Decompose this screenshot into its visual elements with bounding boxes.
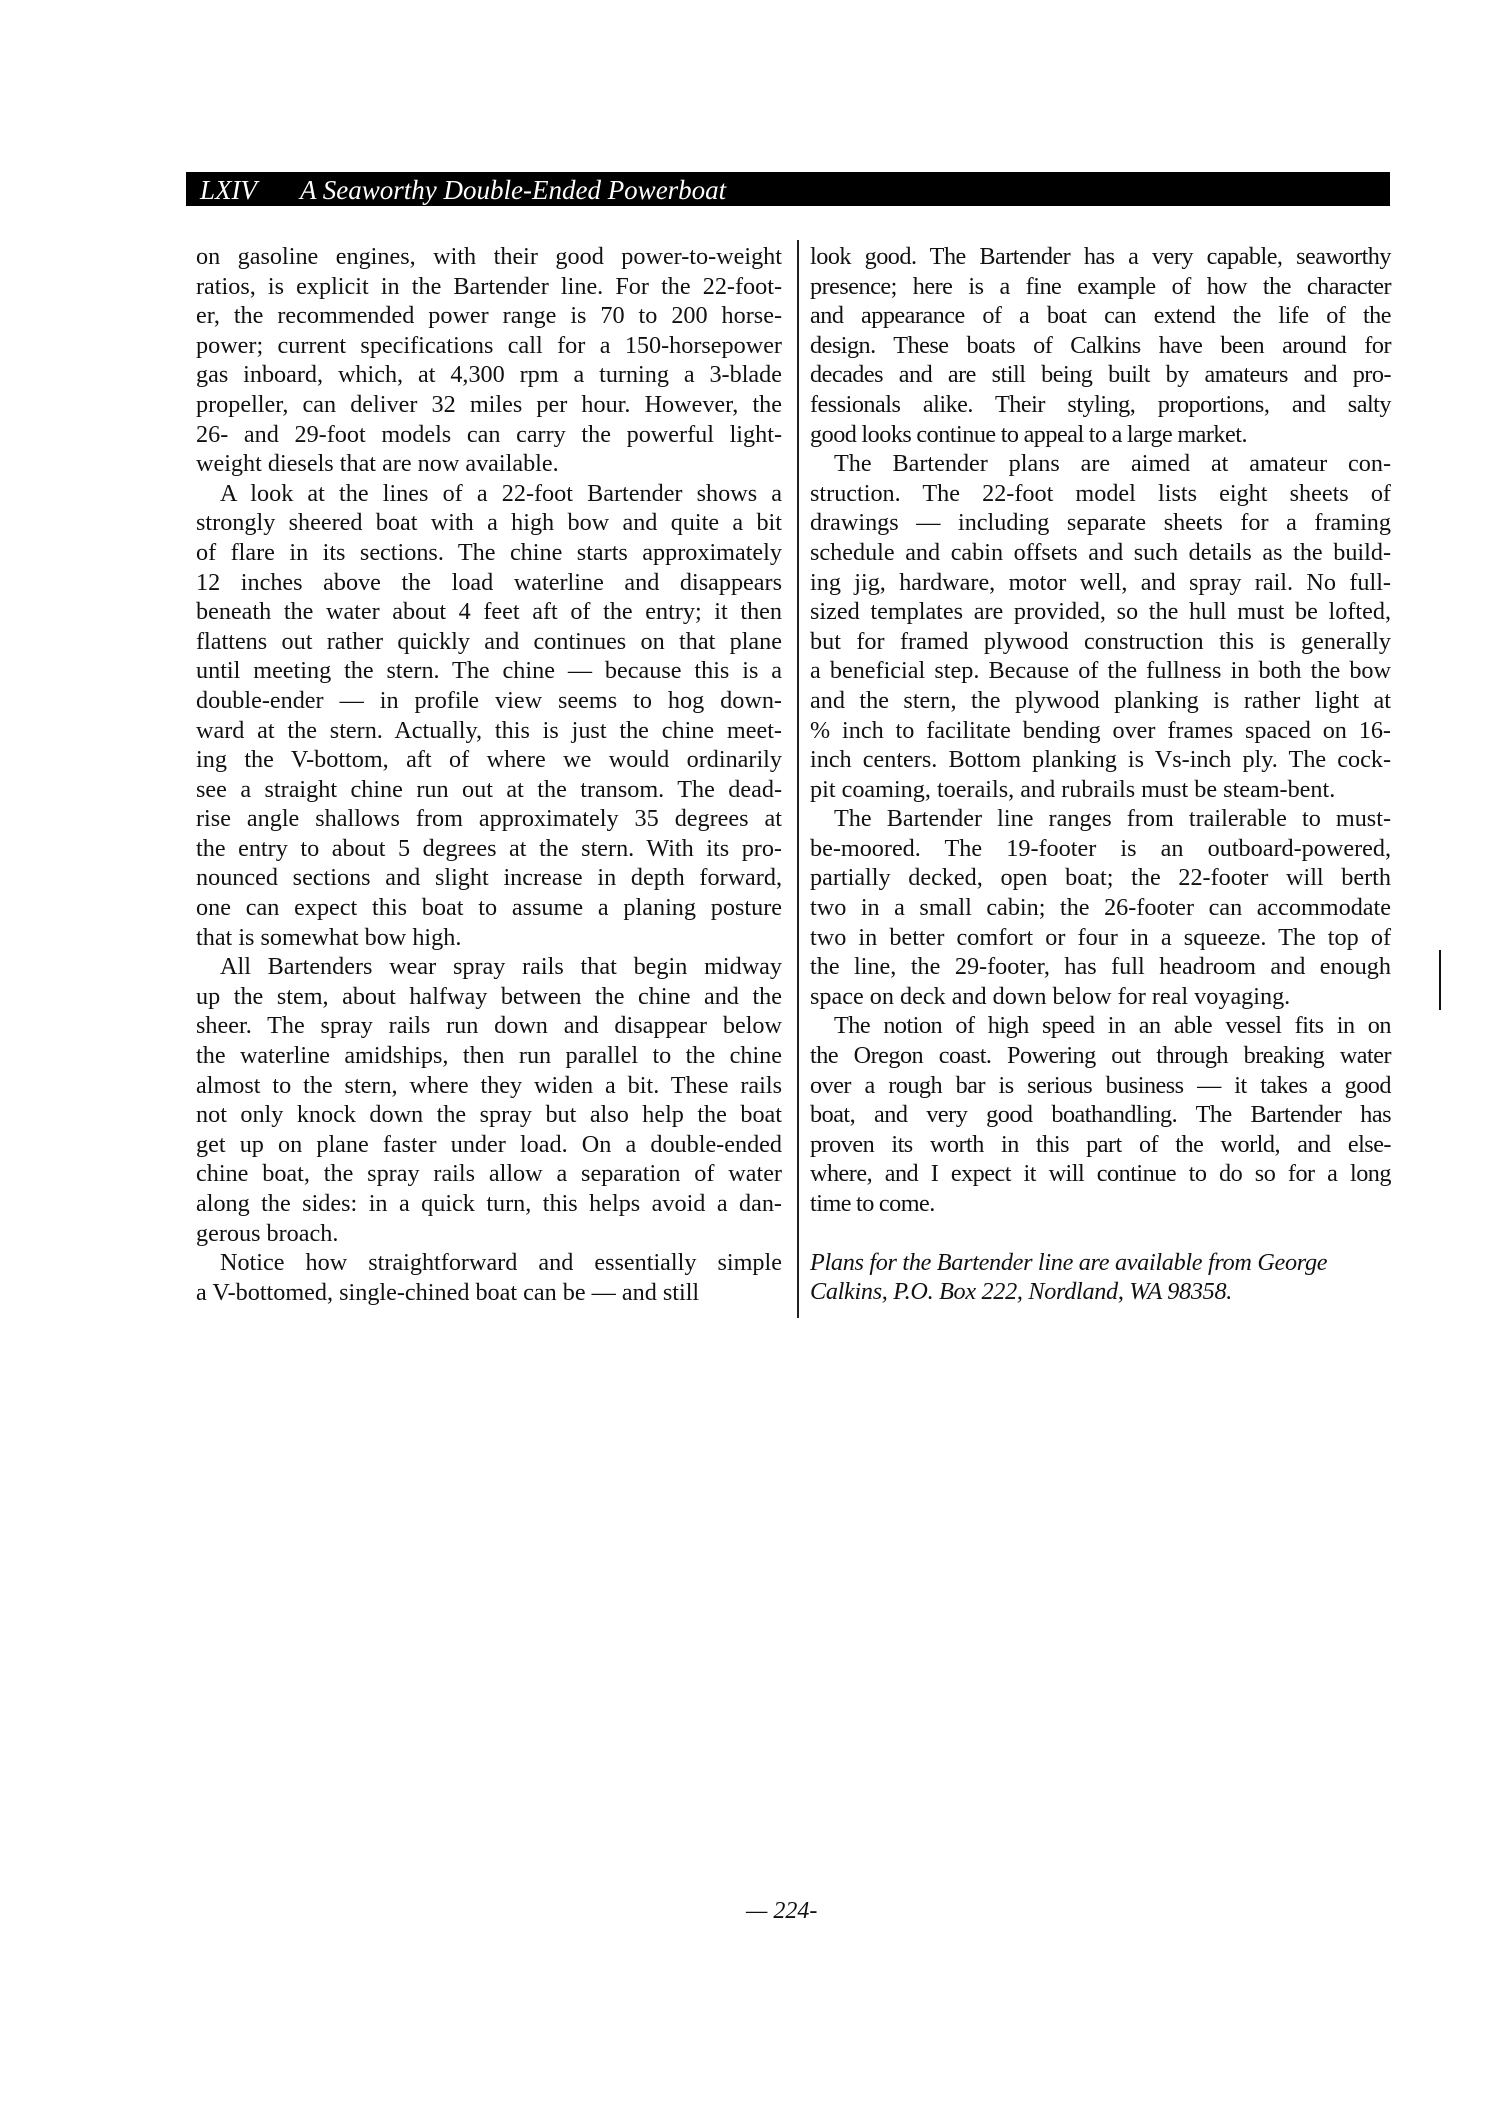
text-line: gas inboard, which, at 4,300 rpm a turni… [196, 360, 782, 390]
text-line: double-ender — in profile view seems to … [196, 686, 782, 716]
text-line: design. These boats of Calkins have been… [810, 331, 1391, 361]
text-line: two in a small cabin; the 26-footer can … [810, 893, 1391, 923]
text-line: beneath the water about 4 feet aft of th… [196, 597, 782, 627]
text-line: over a rough bar is serious business — i… [810, 1071, 1391, 1101]
text-line: ing jig, hardware, motor well, and spray… [810, 568, 1391, 598]
text-line: boat, and very good boathandling. The Ba… [810, 1100, 1391, 1130]
text-line: chine boat, the spray rails allow a sepa… [196, 1159, 782, 1189]
text-line: ratios, is explicit in the Bartender lin… [196, 272, 782, 302]
margin-change-bar [1439, 950, 1441, 1010]
paragraph: Notice how straightforward and essential… [196, 1248, 782, 1307]
text-line: proven its worth in this part of the wor… [810, 1130, 1391, 1160]
text-line: The notion of high speed in an able vess… [810, 1011, 1391, 1041]
text-line: % inch to facilitate bending over frames… [810, 716, 1391, 746]
chapter-title: A Seaworthy Double-Ended Powerboat [300, 173, 726, 206]
credit-line: Plans for the Bartender line are availab… [810, 1248, 1391, 1278]
text-line: get up on plane faster under load. On a … [196, 1130, 782, 1160]
text-line: pit coaming, toerails, and rubrails must… [810, 775, 1391, 805]
text-line: fessionals alike. Their styling, proport… [810, 390, 1391, 420]
text-line: one can expect this boat to assume a pla… [196, 893, 782, 923]
paragraph: The Bartender line ranges from trailerab… [810, 804, 1391, 1011]
paragraph: A look at the lines of a 22-foot Bartend… [196, 479, 782, 953]
chapter-header-bar: LXIV A Seaworthy Double-Ended Powerboat [186, 172, 1390, 206]
text-line: almost to the stern, where they widen a … [196, 1071, 782, 1101]
text-line: Notice how straightforward and essential… [196, 1248, 782, 1278]
text-line: space on deck and down below for real vo… [810, 982, 1391, 1012]
text-line: the entry to about 5 degrees at the ster… [196, 834, 782, 864]
text-line: ward at the stern. Actually, this is jus… [196, 716, 782, 746]
text-line: and the stern, the plywood planking is r… [810, 686, 1391, 716]
text-line: the line, the 29-footer, has full headro… [810, 952, 1391, 982]
paragraph: The Bartender plans are aimed at amateur… [810, 449, 1391, 804]
text-line: strongly sheered boat with a high bow an… [196, 508, 782, 538]
text-line: along the sides: in a quick turn, this h… [196, 1189, 782, 1219]
plans-availability-credit: Plans for the Bartender line are availab… [810, 1248, 1391, 1307]
paragraph: All Bartenders wear spray rails that beg… [196, 952, 782, 1248]
text-line: nounced sections and slight increase in … [196, 863, 782, 893]
text-line: rise angle shallows from approximately 3… [196, 804, 782, 834]
text-line: up the stem, about halfway between the c… [196, 982, 782, 1012]
text-line: presence; here is a fine example of how … [810, 272, 1391, 302]
column-divider-rule [797, 240, 799, 1318]
text-line: until meeting the stern. The chine — bec… [196, 656, 782, 686]
left-text-column: on gasoline engines, with their good pow… [196, 242, 782, 1307]
text-line: see a straight chine run out at the tran… [196, 775, 782, 805]
text-line: decades and are still being built by ama… [810, 360, 1391, 390]
text-line: be-moored. The 19-footer is an outboard-… [810, 834, 1391, 864]
text-line: weight diesels that are now available. [196, 449, 782, 479]
text-line: gerous broach. [196, 1219, 782, 1249]
text-line: power; current specifications call for a… [196, 331, 782, 361]
text-line: propeller, can deliver 32 miles per hour… [196, 390, 782, 420]
text-line: sized templates are provided, so the hul… [810, 597, 1391, 627]
page-number: — 224- [746, 1896, 817, 1926]
paragraph: The notion of high speed in an able vess… [810, 1011, 1391, 1218]
text-line: 26- and 29-foot models can carry the pow… [196, 420, 782, 450]
text-line: and appearance of a boat can extend the … [810, 301, 1391, 331]
text-line: time to come. [810, 1189, 1391, 1219]
chapter-number: LXIV [200, 173, 257, 206]
text-line: a V-bottomed, single-chined boat can be … [196, 1278, 782, 1308]
text-line: of flare in its sections. The chine star… [196, 538, 782, 568]
credit-line: Calkins, P.O. Box 222, Nordland, WA 9835… [810, 1277, 1391, 1307]
text-line: on gasoline engines, with their good pow… [196, 242, 782, 272]
text-line: not only knock down the spray but also h… [196, 1100, 782, 1130]
text-line: good looks continue to appeal to a large… [810, 420, 1391, 450]
text-line: sheer. The spray rails run down and disa… [196, 1011, 782, 1041]
text-line: er, the recommended power range is 70 to… [196, 301, 782, 331]
text-line: that is somewhat bow high. [196, 923, 782, 953]
paragraph: look good. The Bartender has a very capa… [810, 242, 1391, 449]
text-line: two in better comfort or four in a squee… [810, 923, 1391, 953]
text-line: a beneficial step. Because of the fullne… [810, 656, 1391, 686]
text-line: partially decked, open boat; the 22-foot… [810, 863, 1391, 893]
text-line: The Bartender plans are aimed at amateur… [810, 449, 1391, 479]
text-line: A look at the lines of a 22-foot Bartend… [196, 479, 782, 509]
text-line: ing the V-bottom, aft of where we would … [196, 745, 782, 775]
text-line: schedule and cabin offsets and such deta… [810, 538, 1391, 568]
text-line: struction. The 22-foot model lists eight… [810, 479, 1391, 509]
text-line: inch centers. Bottom planking is Vs-inch… [810, 745, 1391, 775]
right-text-column: look good. The Bartender has a very capa… [810, 242, 1391, 1307]
text-line: where, and I expect it will continue to … [810, 1159, 1391, 1189]
text-line: but for framed plywood construction this… [810, 627, 1391, 657]
text-line: All Bartenders wear spray rails that beg… [196, 952, 782, 982]
text-line: 12 inches above the load waterline and d… [196, 568, 782, 598]
text-line: flattens out rather quickly and continue… [196, 627, 782, 657]
text-line: the Oregon coast. Powering out through b… [810, 1041, 1391, 1071]
text-line: The Bartender line ranges from trailerab… [810, 804, 1391, 834]
text-line: look good. The Bartender has a very capa… [810, 242, 1391, 272]
text-line: drawings — including separate sheets for… [810, 508, 1391, 538]
paragraph: on gasoline engines, with their good pow… [196, 242, 782, 479]
text-line: the waterline amidships, then run parall… [196, 1041, 782, 1071]
